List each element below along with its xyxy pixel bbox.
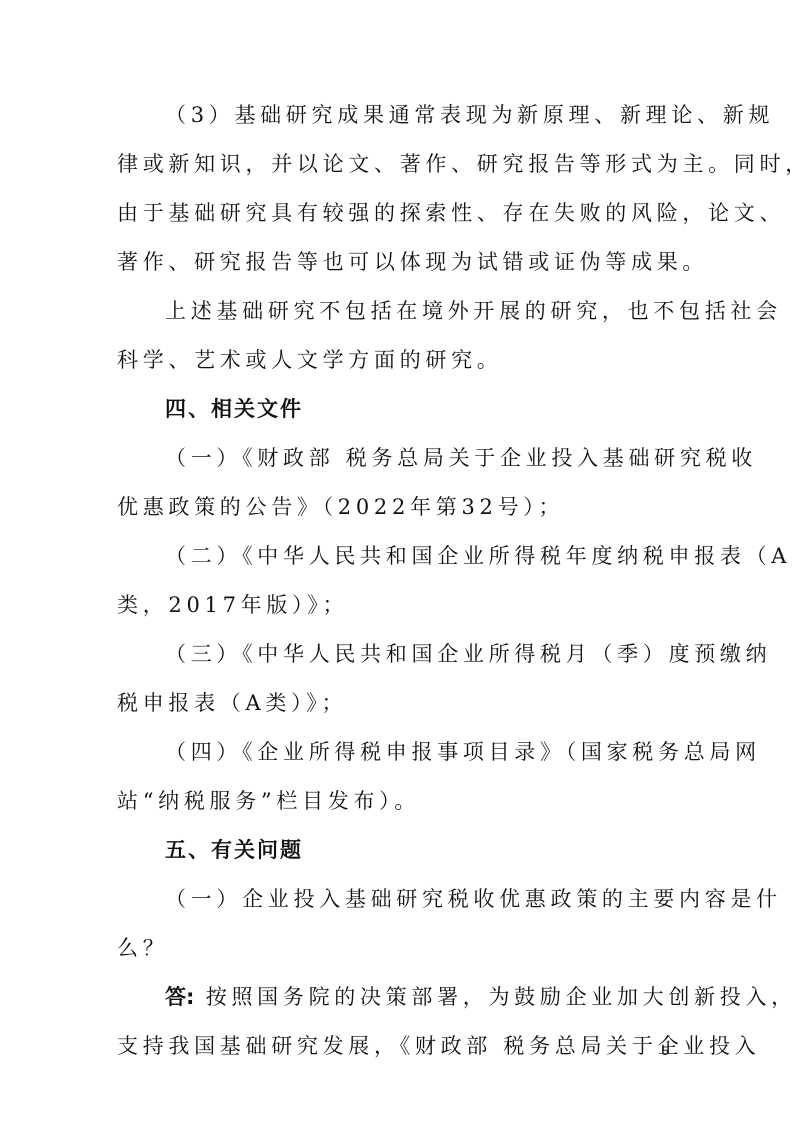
paragraph-line: 税申报表（A类）》；	[117, 689, 677, 717]
question-line: 么？	[117, 934, 677, 962]
paragraph-line: 站“纳税服务”栏目发布）。	[117, 787, 677, 815]
paragraph-line: 科学、艺术或人文学方面的研究。	[117, 346, 677, 374]
page-number: 5	[662, 1044, 669, 1058]
question-line: （一）企业投入基础研究税收优惠政策的主要内容是什	[165, 885, 677, 913]
section-heading-related-documents: 四、相关文件	[165, 395, 677, 423]
section-heading-related-questions: 五、有关问题	[165, 836, 677, 864]
paragraph-line: 由于基础研究具有较强的探索性、存在失败的风险，论文、	[117, 199, 677, 227]
paragraph-line: （二）《中华人民共和国企业所得税年度纳税申报表（A	[165, 542, 677, 570]
paragraph-line: 上述基础研究不包括在境外开展的研究，也不包括社会	[165, 297, 677, 325]
paragraph-line: 著作、研究报告等也可以体现为试错或证伪等成果。	[117, 248, 677, 276]
answer-text: 按照国务院的决策部署，为鼓励企业加大创新投入，	[194, 985, 794, 1009]
paragraph-line: 优惠政策的公告》（2022年第32号）；	[117, 493, 677, 521]
answer-line: 支持我国基础研究发展，《财政部 税务总局关于企业投入	[117, 1032, 677, 1060]
paragraph-line: （3）基础研究成果通常表现为新原理、新理论、新规	[165, 101, 677, 129]
paragraph-line: （四）《企业所得税申报事项目录》（国家税务总局网	[165, 738, 677, 766]
answer-line: 答: 按照国务院的决策部署，为鼓励企业加大创新投入，	[165, 983, 677, 1011]
paragraph-line: （三）《中华人民共和国企业所得税月（季）度预缴纳	[165, 640, 677, 668]
paragraph-line: （一）《财政部 税务总局关于企业投入基础研究税收	[165, 444, 677, 472]
paragraph-line: 律或新知识，并以论文、著作、研究报告等形式为主。同时，	[117, 150, 677, 178]
answer-label: 答:	[165, 985, 194, 1009]
paragraph-line: 类，2017年版）》；	[117, 591, 677, 619]
